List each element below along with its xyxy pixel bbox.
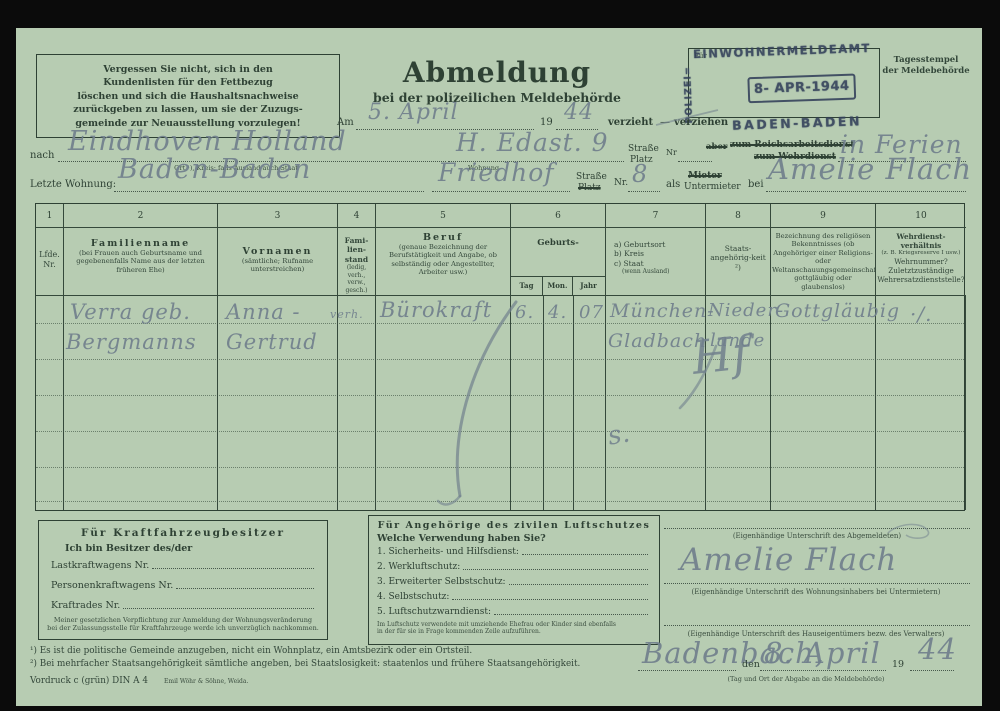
nationality-handwriting-1: Nieder- xyxy=(708,300,784,321)
vehicle-box-note-1: Meiner gesetzlichen Verpflichtung zur An… xyxy=(39,616,327,624)
notice-line: Vergessen Sie nicht, sich in den xyxy=(37,63,339,76)
kraftrad-rule xyxy=(123,607,314,609)
signature-caption-2: (Eigenhändige Unterschrift des Wohnungsi… xyxy=(656,588,976,596)
den-label: den xyxy=(742,659,760,670)
cell-staatsangehoerigkeit: Nieder- lande xyxy=(706,296,771,510)
pkw-rule xyxy=(176,587,314,589)
place-rule xyxy=(638,670,736,671)
form-print-code: Vordruck c (grün) DIN A 4 xyxy=(30,676,148,686)
vermieter-rule xyxy=(766,191,966,192)
header-geburt: Geburts- Tag Mon. Jahr xyxy=(511,228,606,296)
nr-label: Nr xyxy=(666,148,677,157)
nach-label: nach xyxy=(30,150,54,161)
vehicle-box-title: Für Kraftfahrzeugbesitzer xyxy=(39,527,327,539)
cell-familienstand: verh. xyxy=(338,296,376,510)
strasse-rule xyxy=(678,161,712,162)
signature-handwriting: Amelie Flach xyxy=(680,542,897,578)
cell-vornamen: Anna - Gertrud xyxy=(218,296,338,510)
hausnr-rule xyxy=(628,191,660,192)
nr2-label: Nr. xyxy=(614,178,628,188)
birthplace-handwriting-1: München- xyxy=(610,300,715,322)
cell-familienname: Verra geb. Bergmanns xyxy=(64,296,218,510)
last-street-handwriting: Friedhof xyxy=(438,158,555,187)
luftschutz-item-5: 5. Luftschutzwarndienst: xyxy=(377,607,491,617)
birth-year-handwriting: 07 xyxy=(579,302,604,323)
stamp-vertical-text: POLIZEI= xyxy=(682,66,695,124)
nationality-handwriting-2: lande xyxy=(710,330,765,351)
firstname-handwriting-2: Gertrud xyxy=(226,330,318,354)
lkw-rule xyxy=(152,567,314,569)
strasse-label: Straße xyxy=(628,144,659,154)
cell-bekenntnis: Gottgläubig xyxy=(771,296,876,510)
header-staatsangehoerigkeit: Staats-angehörig-keit ²) xyxy=(706,228,771,296)
abmeldung-form: Vergessen Sie nicht, sich in den Kundenl… xyxy=(16,28,982,706)
cell-lfde-nr xyxy=(36,296,64,510)
cell-wehrdienst: ·/. xyxy=(876,296,966,510)
col-number: 7 xyxy=(606,204,706,228)
signature-caption-4: (Tag und Ort der Abgabe an die Meldebehö… xyxy=(676,675,936,683)
surname-handwriting-1: Verra geb. xyxy=(70,300,191,324)
col-number: 6 xyxy=(511,204,606,228)
signature-rule-3 xyxy=(664,625,970,626)
vehicle-box-intro: Ich bin Besitzer des/der xyxy=(65,543,327,554)
reichsarbeitsdienst-label-struck: zum Reichsarbeitsdienst xyxy=(730,140,854,150)
als-label: als xyxy=(666,179,680,190)
luftschutz-item-1: 1. Sicherheits- und Hilfsdienst: xyxy=(377,547,519,557)
header-wehrdienst: Wehrdienst-verhältnis (z. B. Kriegsreser… xyxy=(876,228,966,296)
registration-table: 1 2 3 4 5 6 7 8 9 10 Lfde. Nr. Familienn… xyxy=(35,203,965,511)
col-number: 1 xyxy=(36,204,64,228)
luftschutz-item-4: 4. Selbstschutz: xyxy=(377,592,449,602)
writing-guide xyxy=(36,467,964,468)
lkw-label: Lastkraftwagens Nr. xyxy=(51,560,149,571)
destination-handwriting: Eindhoven Holland xyxy=(68,126,347,157)
header-jahr: Jahr xyxy=(573,277,604,295)
item-rule xyxy=(522,553,648,555)
marital-status-handwriting: verh. xyxy=(330,308,364,321)
untermieter-label: Untermieter xyxy=(684,182,741,192)
bei-label: bei xyxy=(748,179,764,190)
printer-imprint: Emil Wöhr & Söhne, Weida. xyxy=(164,678,248,685)
firstname-handwriting-1: Anna - xyxy=(226,300,301,324)
house-number-handwriting: 8 xyxy=(632,160,648,188)
last-residence-handwriting: Baden-Baden xyxy=(118,154,311,185)
submission-date-handwriting: 8. April xyxy=(764,636,881,670)
signature-caption-1: (Eigenhändige Unterschrift des Abgemelde… xyxy=(664,532,970,540)
header-familienstand: Fami-lien-stand (ledig, verh., verw., ge… xyxy=(338,228,376,296)
submission-year-handwriting: 44 xyxy=(918,632,957,666)
table-header-row: Lfde. Nr. Familienname (bei Frauen auch … xyxy=(36,228,964,296)
luftschutz-note-2: in der für sie in Frage kommenden Zeile … xyxy=(377,628,653,635)
header-tag: Tag xyxy=(511,277,543,295)
birth-subcolumn-divider xyxy=(573,296,574,510)
stamp-agency: EINWOHNERMELDEAMT xyxy=(684,41,879,62)
kraftrad-label: Kraftrades Nr. xyxy=(51,600,120,611)
aber-label-struck: aber xyxy=(706,142,727,152)
item-rule xyxy=(463,568,648,570)
writing-guide xyxy=(36,395,964,396)
header-lfde-nr: Lfde. Nr. xyxy=(36,228,64,296)
col-number: 9 xyxy=(771,204,876,228)
year-handwriting: 44 xyxy=(564,100,594,125)
birth-month-handwriting: 4. xyxy=(548,302,567,323)
writing-guide xyxy=(36,431,964,432)
signature-rule-1 xyxy=(664,528,970,529)
notice-line: löschen und sich die Haushaltsnachweise xyxy=(37,90,339,103)
surname-handwriting-2: Bergmanns xyxy=(66,330,197,354)
profession-handwriting: Bürokraft xyxy=(380,298,492,322)
luftschutz-item-3: 3. Erweiterter Selbstschutz: xyxy=(377,577,506,587)
signature-rule-2 xyxy=(664,583,970,584)
birthplace-handwriting-2: Gladbach xyxy=(608,330,707,352)
col-number: 10 xyxy=(876,204,966,228)
footnote-2: ²) Bei mehrfacher Staatsangehörigkeit sä… xyxy=(30,659,580,669)
item-rule xyxy=(494,613,648,615)
col-number: 8 xyxy=(706,204,771,228)
header-familienname: Familienname (bei Frauen auch Geburtsnam… xyxy=(64,228,218,296)
landlord-handwriting: Amelie Flach xyxy=(768,152,972,186)
header-monat: Mon. xyxy=(543,277,573,295)
friedhof-rule xyxy=(432,191,570,192)
cell-beruf: Bürokraft xyxy=(376,296,511,510)
table-body: Verra geb. Bergmanns Anna - Gertrud verh… xyxy=(36,296,964,510)
departure-date-handwriting: 5. April xyxy=(368,100,459,125)
mieter-label-struck: Mieter xyxy=(688,171,722,181)
scanned-document-page: Vergessen Sie nicht, sich in den Kundenl… xyxy=(0,0,1000,711)
notice-line-bold: Kundenlisten für den Fettbezug xyxy=(37,76,339,89)
year-rule-2 xyxy=(910,670,954,671)
table-number-row: 1 2 3 4 5 6 7 8 9 10 xyxy=(36,204,964,228)
footnote-1: ¹) Es ist die politische Gemeinde anzuge… xyxy=(30,646,472,656)
pkw-label: Personenkraftwagens Nr. xyxy=(51,580,173,591)
item-rule xyxy=(452,598,648,600)
stamp-date: 8- APR-1944 xyxy=(747,73,856,103)
luftschutz-item-2: 2. Werkluftschutz: xyxy=(377,562,460,572)
notice-line: zurückgeben zu lassen, um sie der Zuzugs… xyxy=(37,103,339,116)
luftschutz-box-title: Für Angehörige des zivilen Luftschutzes xyxy=(369,520,659,531)
verzieht-label: verzieht xyxy=(608,117,653,128)
vehicle-box-note-2: bei der Zulassungsstelle für Kraftfahrze… xyxy=(39,624,327,632)
birth-subcolumn-divider xyxy=(543,296,544,510)
col-number: 3 xyxy=(218,204,338,228)
strasse2-label: Straße xyxy=(576,172,607,182)
year-prefix-2: 19 xyxy=(892,659,904,670)
col-number: 4 xyxy=(338,204,376,228)
date-rule-2 xyxy=(760,670,886,671)
religion-handwriting: Gottgläubig xyxy=(775,300,900,322)
platz2-label-struck: Platz xyxy=(578,183,601,193)
verziehen-label: verziehen xyxy=(674,117,728,128)
luftschutz-question: Welche Verwendung haben Sie? xyxy=(377,533,659,544)
cell-geburtsdatum: 6. 4. 07 xyxy=(511,296,606,510)
col-number: 2 xyxy=(64,204,218,228)
air-raid-protection-box: Für Angehörige des zivilen Luftschutzes … xyxy=(368,515,660,645)
writing-guide xyxy=(36,501,964,502)
military-status-handwriting: ·/. xyxy=(910,302,932,326)
dash: — xyxy=(660,117,670,128)
writing-guide xyxy=(36,359,964,360)
year-prefix: 19 xyxy=(540,117,553,128)
cell-geburtsort: München- Gladbach xyxy=(606,296,706,510)
item-rule xyxy=(509,583,648,585)
new-address-handwriting: H. Edast. 9 xyxy=(456,128,609,157)
stamp-caption-2: der Meldebehörde xyxy=(880,66,972,76)
header-bekenntnis: Bezeichnung des religiösen Bekenntnisses… xyxy=(771,228,876,296)
letzte-wohnung-label: Letzte Wohnung: xyxy=(30,179,116,190)
luftschutz-note-1: Im Luftschutz verwendete mit umziehende … xyxy=(377,621,653,628)
vehicle-owner-box: Für Kraftfahrzeugbesitzer Ich bin Besitz… xyxy=(38,520,328,640)
header-geburtsort: a) Geburtsort b) Kreis c) Staat (wenn Au… xyxy=(606,228,706,296)
col-number: 5 xyxy=(376,204,511,228)
birth-day-handwriting: 6. xyxy=(515,302,534,323)
header-beruf: Beruf (genaue Bezeichnung der Berufstäti… xyxy=(376,228,511,296)
header-vornamen: Vornamen (sämtliche; Rufname unterstreic… xyxy=(218,228,338,296)
stamp-caption-1: Tagesstempel xyxy=(880,55,972,65)
form-title: Abmeldung xyxy=(347,56,647,89)
letzte-rule xyxy=(114,191,424,192)
